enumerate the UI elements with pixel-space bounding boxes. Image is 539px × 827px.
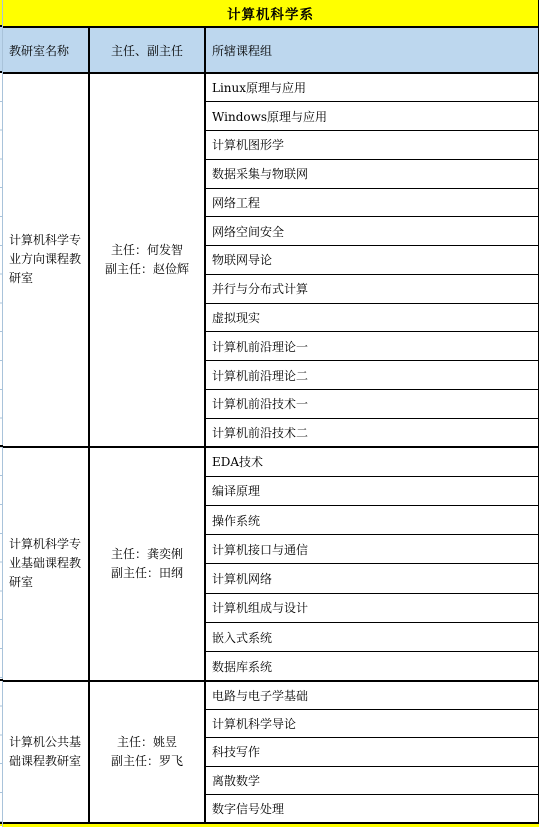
course-cell: 电路与电子学基础: [205, 681, 539, 709]
director-line: 主任：何发智: [91, 241, 203, 260]
border-mark: [0, 445, 3, 447]
table-row: 教研室名称 主任、副主任 所辖课程组: [3, 27, 539, 73]
office-cell: 计算机科学专业基础课程教研室: [3, 447, 89, 681]
deputy-line: 副主任：罗飞: [91, 752, 203, 771]
course-cell: Windows原理与应用: [205, 102, 539, 131]
course-cell: 科技写作: [205, 738, 539, 766]
course-cell: 编译原理: [205, 476, 539, 505]
office-cell: 计算机公共基础课程教研室: [3, 681, 89, 823]
office-name: 计算机科学专业基础课程教研室: [9, 535, 83, 592]
course-cell: Linux原理与应用: [205, 73, 539, 102]
spreadsheet-page: 计算机科学系 教研室名称 主任、副主任 所辖课程组 计算机科学专业方向课程教研室…: [0, 0, 539, 827]
deputy-line: 副主任：赵俭辉: [91, 260, 203, 279]
table-row: 计算机科学系: [3, 0, 539, 27]
course-cell: 数据库系统: [205, 652, 539, 681]
department-title: 计算机科学系: [3, 0, 539, 27]
office-name: 计算机科学专业方向课程教研室: [9, 231, 83, 288]
office-name: 计算机公共基础课程教研室: [9, 733, 83, 771]
col-header-directors: 主任、副主任: [89, 27, 205, 73]
director-line: 主任：姚昱: [91, 733, 203, 752]
department-table: 计算机科学系 教研室名称 主任、副主任 所辖课程组 计算机科学专业方向课程教研室…: [3, 0, 539, 827]
directors-cell: 主任：何发智 副主任：赵俭辉: [89, 73, 205, 447]
course-cell: EDA技术: [205, 447, 539, 476]
directors-cell: 主任：姚昱 副主任：罗飞: [89, 681, 205, 823]
course-cell: 计算机前沿技术二: [205, 418, 539, 447]
course-cell: 计算机图形学: [205, 131, 539, 160]
course-cell: 嵌入式系统: [205, 622, 539, 651]
directors-cell: 主任：龚奕俐 副主任：田纲: [89, 447, 205, 681]
course-cell: 计算机前沿理论一: [205, 332, 539, 361]
office-cell: 计算机科学专业方向课程教研室: [3, 73, 89, 447]
deputy-line: 副主任：田纲: [91, 564, 203, 583]
course-cell: 数字信号处理: [205, 795, 539, 823]
course-cell: 离散数学: [205, 766, 539, 794]
course-cell: 计算机组成与设计: [205, 593, 539, 622]
course-cell: 操作系统: [205, 505, 539, 534]
course-cell: 物联网导论: [205, 246, 539, 275]
course-cell: 计算机科学导论: [205, 709, 539, 737]
course-cell: 网络工程: [205, 188, 539, 217]
border-mark: [0, 679, 3, 681]
course-cell: 并行与分布式计算: [205, 274, 539, 303]
course-cell: 网络空间安全: [205, 217, 539, 246]
col-header-courses: 所辖课程组: [205, 27, 539, 73]
gridline-vertical: [2, 0, 3, 827]
director-line: 主任：龚奕俐: [91, 545, 203, 564]
course-cell: 计算机网络: [205, 564, 539, 593]
course-cell: 虚拟现实: [205, 303, 539, 332]
course-cell: 计算机前沿技术一: [205, 389, 539, 418]
course-cell: 数据采集与物联网: [205, 159, 539, 188]
table-row: [3, 823, 539, 827]
table-row: 计算机公共基础课程教研室 主任：姚昱 副主任：罗飞 电路与电子学基础: [3, 681, 539, 709]
table-row: 计算机科学专业基础课程教研室 主任：龚奕俐 副主任：田纲 EDA技术: [3, 447, 539, 476]
course-cell: 计算机接口与通信: [205, 535, 539, 564]
course-cell: 计算机前沿理论二: [205, 361, 539, 390]
table-row: 计算机科学专业方向课程教研室 主任：何发智 副主任：赵俭辉 Linux原理与应用: [3, 73, 539, 102]
col-header-office: 教研室名称: [3, 27, 89, 73]
next-section-strip: [3, 823, 539, 827]
